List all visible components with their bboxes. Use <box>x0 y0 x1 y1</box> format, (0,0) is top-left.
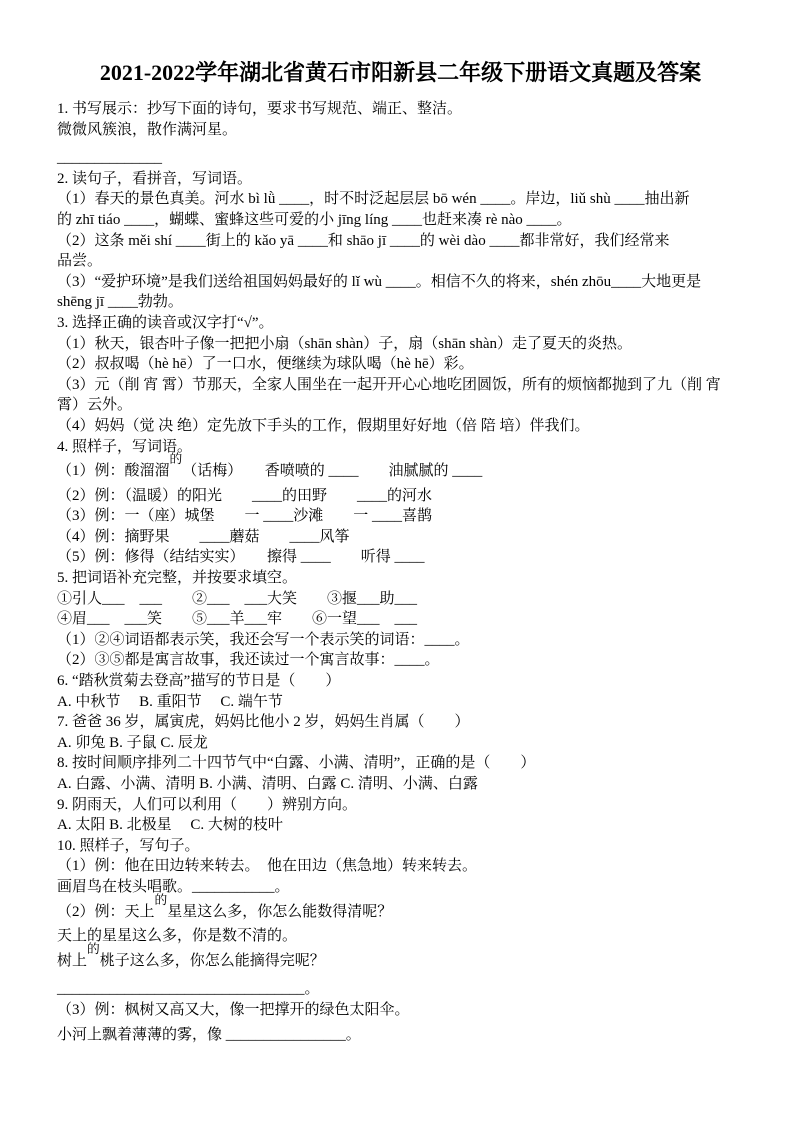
q10-item3-example: （3）例：枫树又高又大，像一把撑开的绿色太阳伞。 <box>57 1000 744 1021</box>
q5-prompt: 5. 把词语补充完整，并按要求填空。 <box>57 568 744 589</box>
q9-prompt: 9. 阴雨天，人们可以利用（ ）辨别方向。 <box>57 795 744 816</box>
q5-item1: （1）②④词语都表示笑，我还会写一个表示笑的词语：____。 <box>57 630 744 651</box>
q5-blanks-row1: ①引人___ ___ ②___ ___大笑 ③揠___助___ <box>57 589 744 610</box>
q10-item2-example: （2）例：天上的星星这么多，你怎么能数得清呢？ <box>57 898 744 927</box>
q5-item2: （2）③⑤都是寓言故事，我还读过一个寓言故事：____。 <box>57 650 744 671</box>
q2-item3-line1: （3）“爱护环境”是我们送给祖国妈妈最好的 lǐ wù ____。相信不久的将来… <box>57 272 744 293</box>
q3-item1: （1）秋天，银杏叶子像一把把小扇（shān shàn）子，扇（shān shàn… <box>57 334 744 355</box>
q4-item2: （2）例：（温暖）的阳光 ____的田野 ____的河水 <box>57 486 744 507</box>
q3-item4: （4）妈妈（觉 决 绝）定先放下手头的工作，假期里好好地（倍 陪 培）伴我们。 <box>57 416 744 437</box>
q1-prompt: 1. 书写展示：抄写下面的诗句，要求书写规范、端正、整洁。 <box>57 99 744 120</box>
q10-item2-example2: 天上的星星这么多，你是数不清的。 <box>57 926 744 947</box>
q8-options: A. 白露、小满、清明 B. 小满、清明、白露 C. 清明、小满、白露 <box>57 774 744 795</box>
q4-item4: （4）例：摘野果 ____蘑菇 ____风筝 <box>57 527 744 548</box>
q2-item3-line2: shēng jī ____勃勃。 <box>57 292 744 313</box>
line-text: （话梅） 香喷喷的 ____ 油腻腻的 ____ <box>182 463 482 479</box>
page-title: 2021-2022学年湖北省黄石市阳新县二年级下册语文真题及答案 <box>57 58 744 88</box>
q4-item5: （5）例：修得（结结实实） 擦得 ____ 听得 ____ <box>57 547 744 568</box>
q10-prompt: 10. 照样子，写句子。 <box>57 836 744 857</box>
exam-document: 2021-2022学年湖北省黄石市阳新县二年级下册语文真题及答案 1. 书写展示… <box>0 0 794 1123</box>
superscript-de: 的 <box>170 452 183 466</box>
q3-item2: （2）叔叔喝（hè hē）了一口水，便继续为球队喝（hè hē）彩。 <box>57 354 744 375</box>
q5-blanks-row2: ④眉___ ___笑 ⑤___羊___牢 ⑥一望___ ___ <box>57 609 744 630</box>
q8-prompt: 8. 按时间顺序排列二十四节气中“白露、小满、清明”，正确的是（ ） <box>57 753 744 774</box>
q1-answer-blank: ______________ <box>57 148 744 169</box>
q10-item2-question: 树上的桃子这么多，你怎么能摘得完呢？ <box>57 947 744 976</box>
superscript-de: 的 <box>87 942 100 956</box>
q2-item1-line1: （1）春天的景色真美。河水 bì lǜ ____，时不时泛起层层 bō wén … <box>57 189 744 210</box>
q2-prompt: 2. 读句子，看拼音，写词语。 <box>57 169 744 190</box>
q3-item3-line2: 霄）云外。 <box>57 395 744 416</box>
q7-options: A. 卯兔 B. 子鼠 C. 辰龙 <box>57 733 744 754</box>
q10-item3-answer: 小河上飘着薄薄的雾，像 ________________。 <box>57 1025 744 1046</box>
q2-item1-line2: 的 zhī tiáo ____，蝴蝶、蜜蜂这些可爱的小 jīng líng __… <box>57 210 744 231</box>
line-text: （1）例：酸溜溜 <box>57 463 170 479</box>
q2-item2-line1: （2）这条 měi shí ____街上的 kǎo yā ____和 shāo … <box>57 231 744 252</box>
q2-item2-line2: 品尝。 <box>57 251 744 272</box>
q4-item3: （3）例：一（座）城堡 一 ____沙滩 一 ____喜鹊 <box>57 506 744 527</box>
q4-prompt: 4. 照样子，写词语。 <box>57 437 744 458</box>
q6-prompt: 6. “踏秋赏菊去登高”描写的节日是（ ） <box>57 671 744 692</box>
line-text: 星星这么多，你怎么能数得清呢？ <box>167 904 392 920</box>
line-text: 桃子这么多，你怎么能摘得完呢？ <box>100 953 325 969</box>
line-text: （2）例：天上 <box>57 904 155 920</box>
q1-poem: 微微风簇浪，散作满河星。 <box>57 120 744 141</box>
q3-item3-line1: （3）元（削 宵 霄）节那天，全家人围坐在一起开开心心地吃团圆饭，所有的烦恼都抛… <box>57 375 744 396</box>
q9-options: A. 太阳 B. 北极星 C. 大树的枝叶 <box>57 815 744 836</box>
line-text: 树上 <box>57 953 87 969</box>
q10-item2-answer-blank: _________________________________。 <box>57 979 744 1000</box>
q3-prompt: 3. 选择正确的读音或汉字打“√”。 <box>57 313 744 334</box>
q7-prompt: 7. 爸爸 36 岁，属寅虎，妈妈比他小 2 岁，妈妈生肖属（ ） <box>57 712 744 733</box>
q10-item1-example: （1）例：他在田边转来转去。 他在田边（焦急地）转来转去。 <box>57 856 744 877</box>
superscript-de: 的 <box>155 893 168 907</box>
q4-item1: （1）例：酸溜溜的（话梅） 香喷喷的 ____ 油腻腻的 ____ <box>57 457 744 486</box>
q6-options: A. 中秋节 B. 重阳节 C. 端午节 <box>57 692 744 713</box>
